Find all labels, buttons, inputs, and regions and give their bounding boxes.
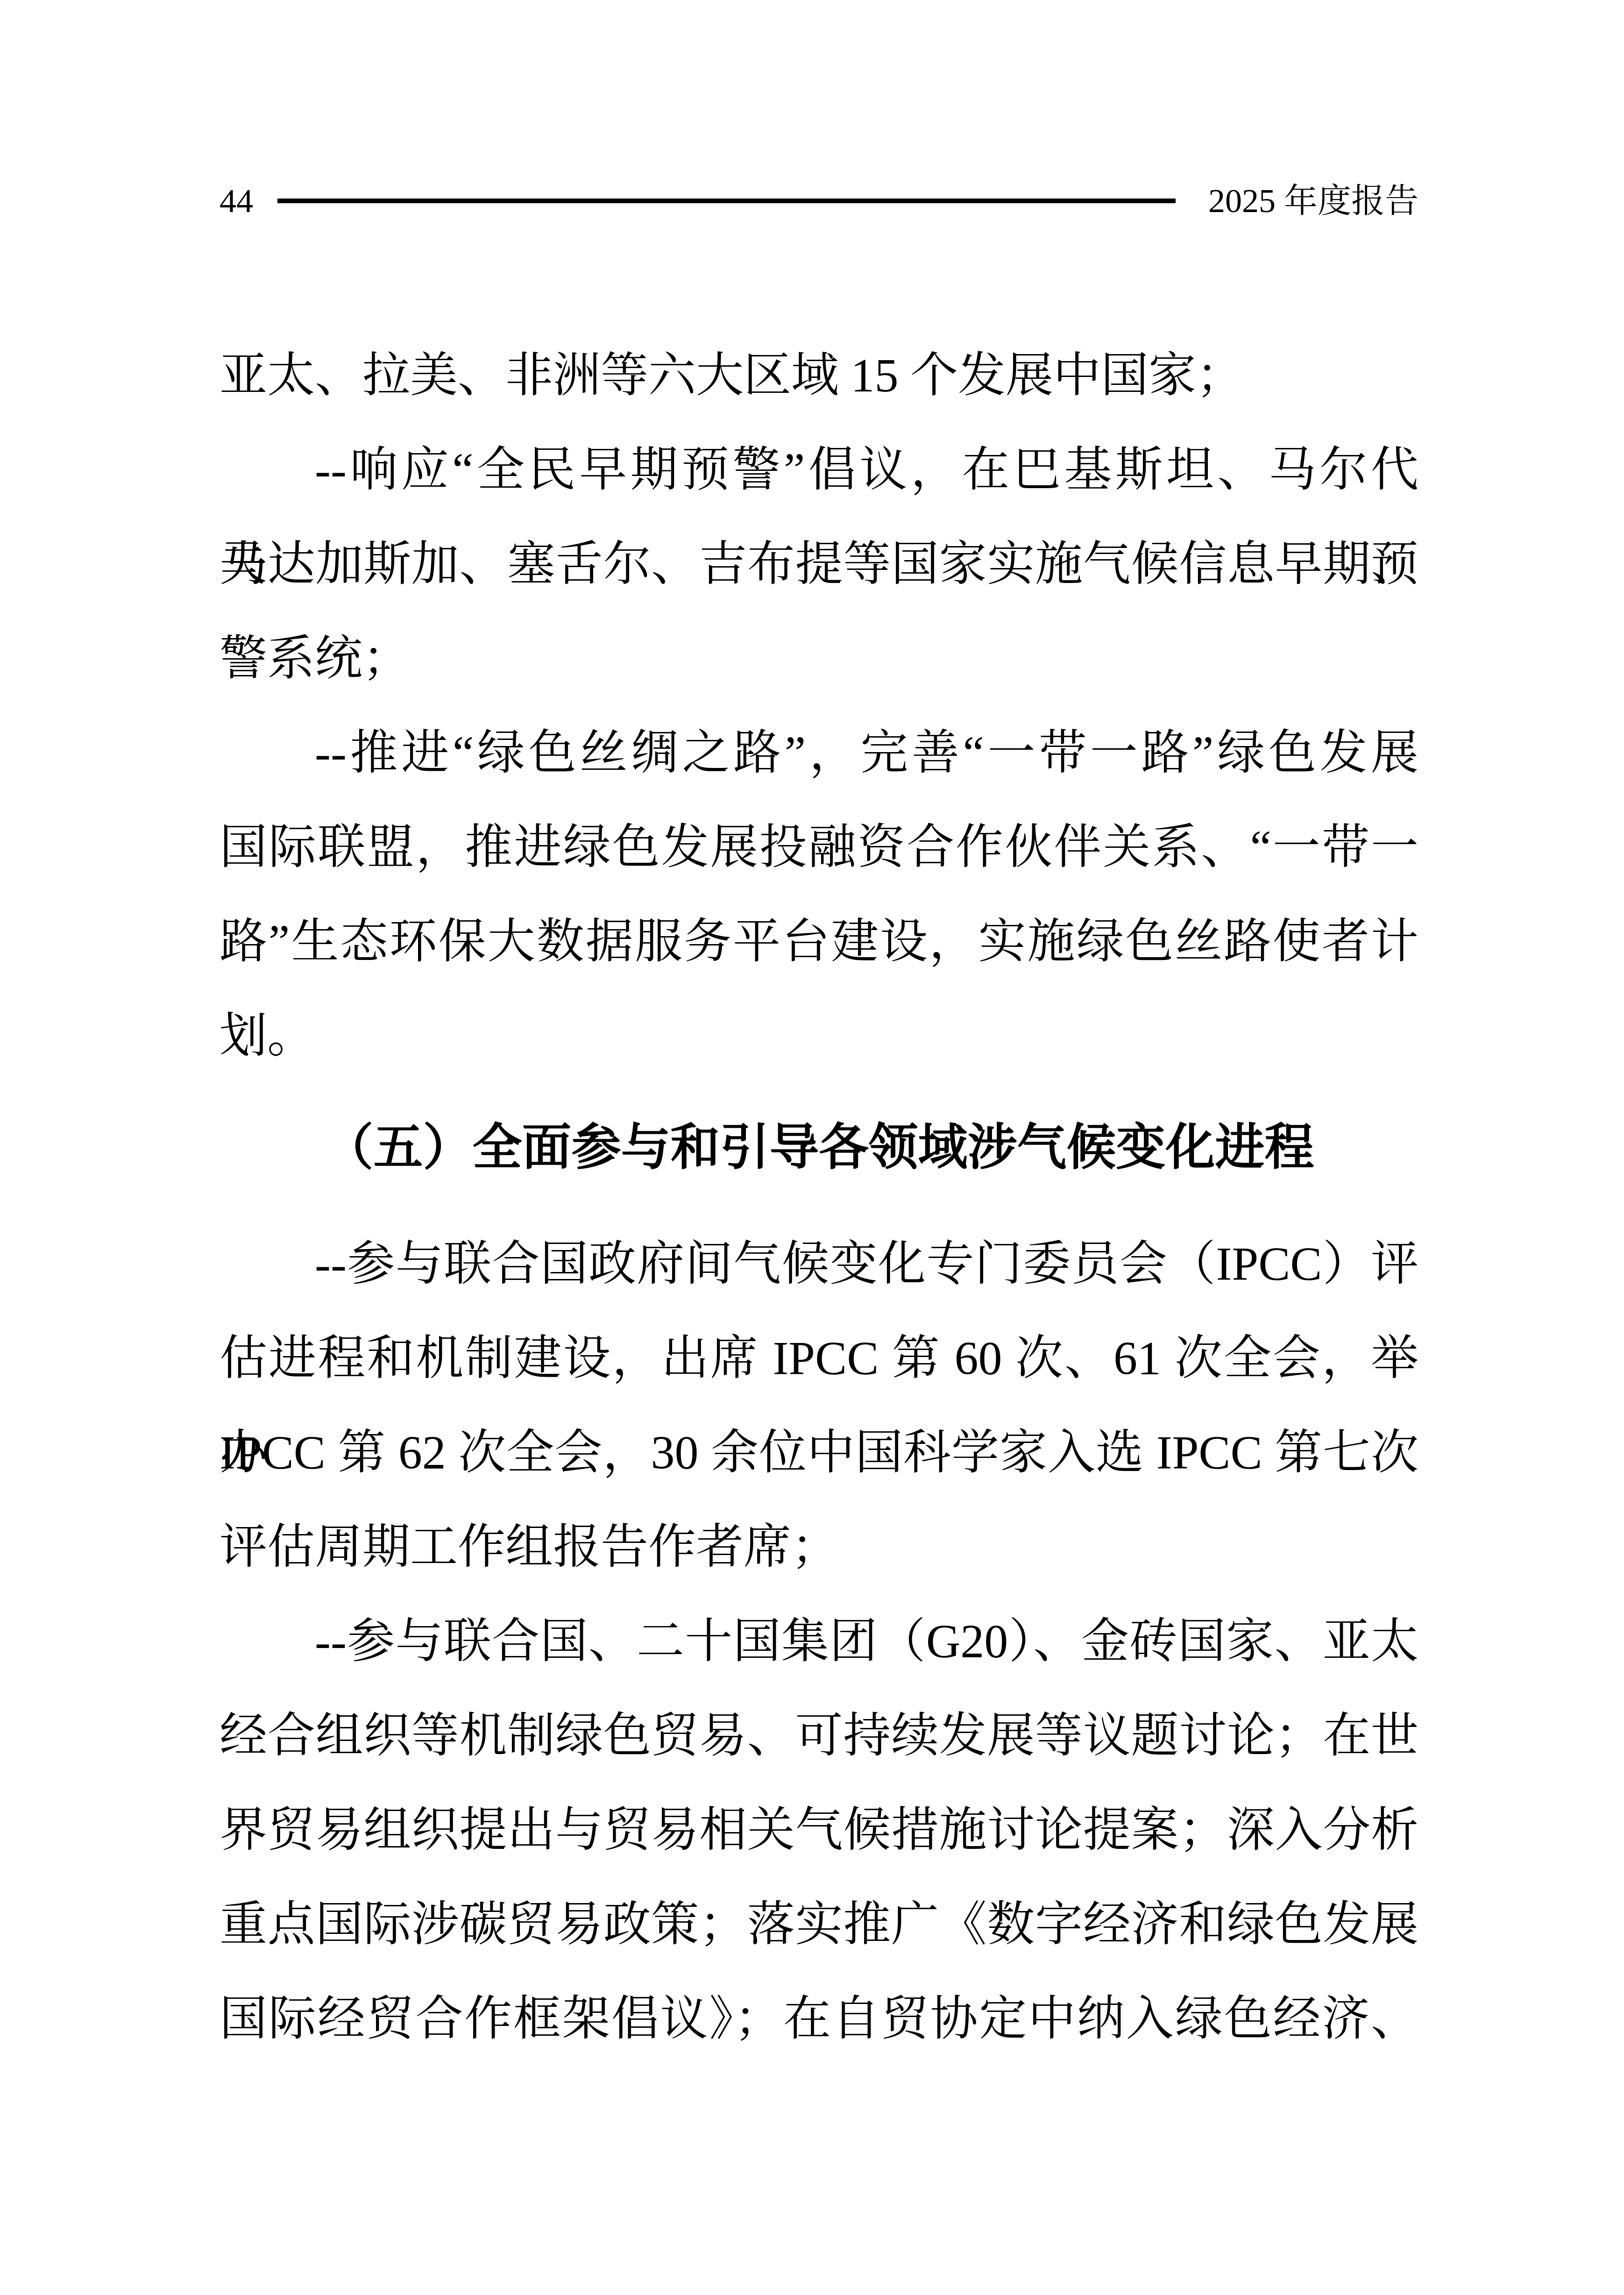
header-rule	[277, 199, 1176, 203]
body-line: 路”生态环保大数据服务平台建设，实施绿色丝路使者计	[220, 895, 1418, 989]
body-line: 国际经贸合作框架倡议》；在自贸协定中纳入绿色经济、	[220, 1972, 1418, 2067]
heading-line: （五）全面参与和引导各领域涉气候变化进程	[220, 1101, 1418, 1195]
body-paragraph: --参与联合国政府间气候变化专门委员会（IPCC）评估进程和机制建设，出席 IP…	[220, 1217, 1418, 1595]
body-line: --响应“全民早期预警”倡议，在巴基斯坦、马尔代夫、	[220, 423, 1418, 518]
report-title: 2025 年度报告	[1208, 166, 1418, 236]
body-line: IPCC 第 62 次全会，30 余位中国科学家入选 IPCC 第七次	[220, 1406, 1418, 1500]
body-line: 警系统；	[220, 612, 1418, 706]
body-line: 界贸易组织提出与贸易相关气候措施讨论提案；深入分析	[220, 1783, 1418, 1878]
body-paragraph: 亚太、拉美、非洲等六大区域 15 个发展中国家；	[220, 329, 1418, 423]
section-heading: （五）全面参与和引导各领域涉气候变化进程	[220, 1101, 1418, 1195]
body-line: --参与联合国、二十国集团（G20）、金砖国家、亚太	[220, 1595, 1418, 1689]
body-line: --参与联合国政府间气候变化专门委员会（IPCC）评	[220, 1217, 1418, 1312]
body-line: 评估周期工作组报告作者席；	[220, 1500, 1418, 1595]
body-paragraph: --响应“全民早期预警”倡议，在巴基斯坦、马尔代夫、马达加斯加、塞舌尔、吉布提等…	[220, 423, 1418, 706]
body-paragraph: --参与联合国、二十国集团（G20）、金砖国家、亚太经合组织等机制绿色贸易、可持…	[220, 1595, 1418, 2067]
body-line: 划。	[220, 989, 1418, 1084]
page-body: 亚太、拉美、非洲等六大区域 15 个发展中国家；--响应“全民早期预警”倡议，在…	[220, 329, 1418, 2067]
body-line: --推进“绿色丝绸之路”，完善“一带一路”绿色发展	[220, 706, 1418, 801]
body-line: 重点国际涉碳贸易政策；落实推广《数字经济和绿色发展	[220, 1878, 1418, 1972]
page-header: 44 2025 年度报告	[220, 166, 1418, 236]
body-line: 亚太、拉美、非洲等六大区域 15 个发展中国家；	[220, 329, 1418, 423]
body-line: 马达加斯加、塞舌尔、吉布提等国家实施气候信息早期预	[220, 518, 1418, 612]
body-line: 国际联盟，推进绿色发展投融资合作伙伴关系、“一带一	[220, 801, 1418, 895]
body-paragraph: --推进“绿色丝绸之路”，完善“一带一路”绿色发展国际联盟，推进绿色发展投融资合…	[220, 706, 1418, 1084]
document-page: 44 2025 年度报告 亚太、拉美、非洲等六大区域 15 个发展中国家；--响…	[0, 0, 1624, 2295]
page-number: 44	[220, 166, 253, 236]
body-line: 经合组织等机制绿色贸易、可持续发展等议题讨论；在世	[220, 1689, 1418, 1783]
body-line: 估进程和机制建设，出席 IPCC 第 60 次、61 次全会，举办	[220, 1312, 1418, 1406]
